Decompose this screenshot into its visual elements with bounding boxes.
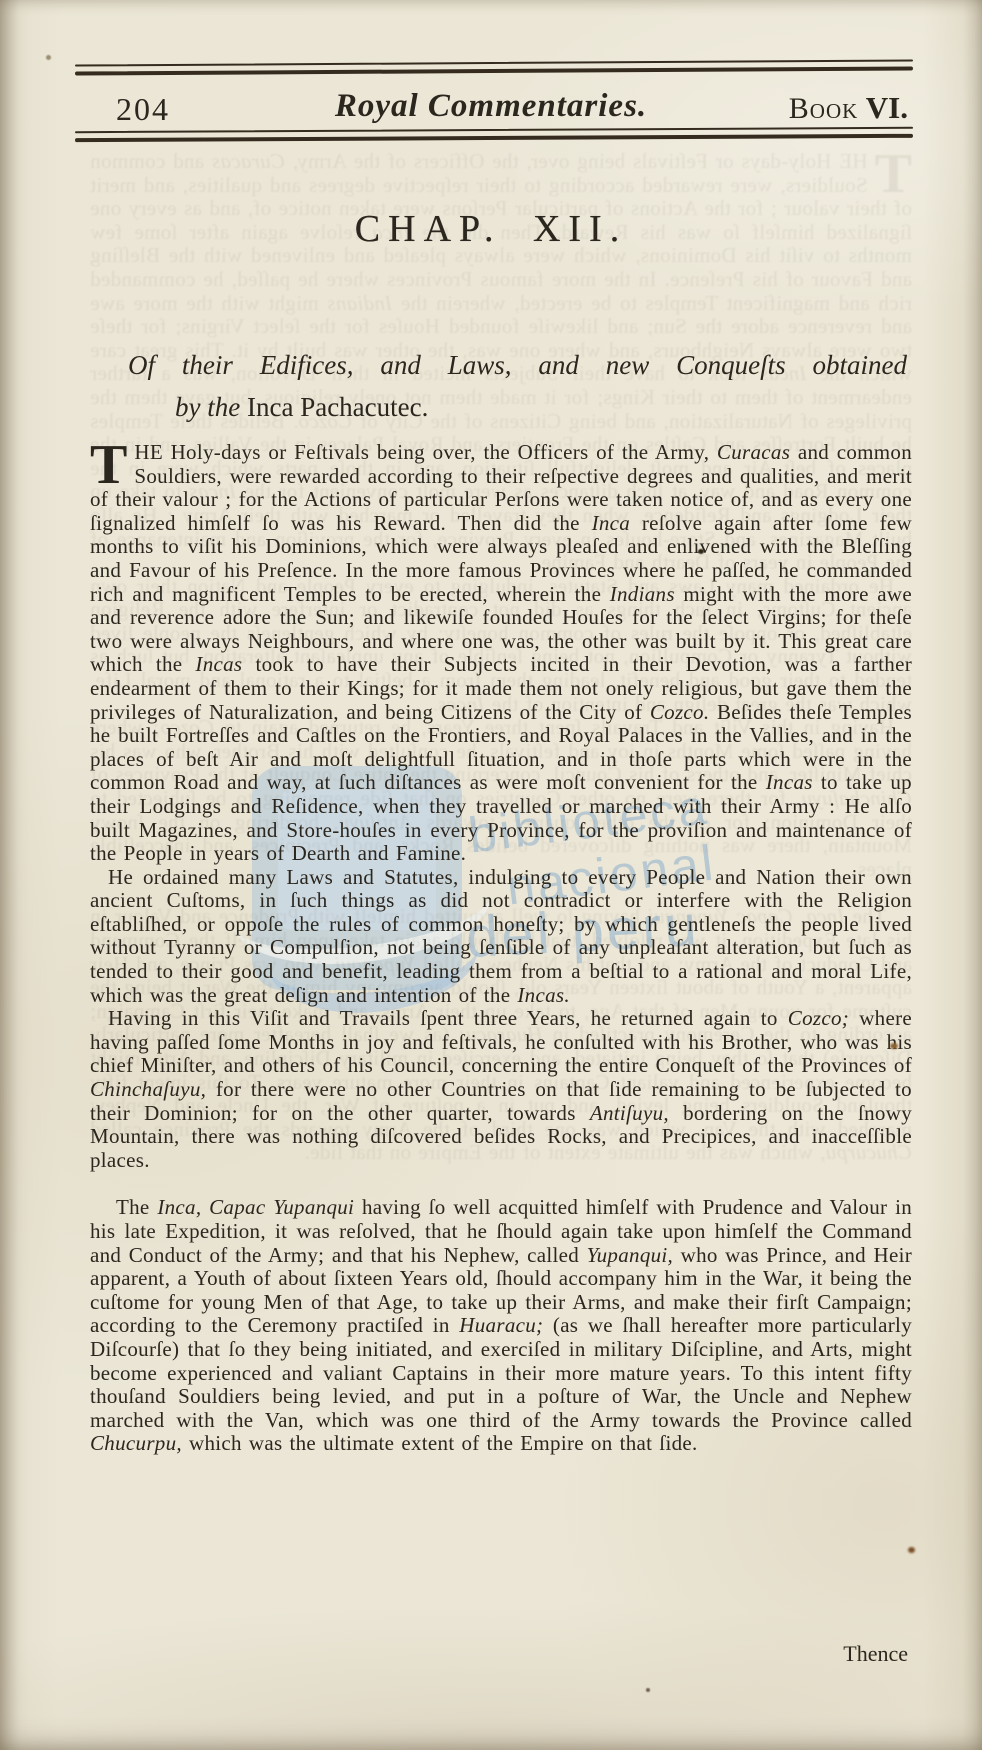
- page-scan: biblioteca nacional del peru THE Holy-da…: [0, 0, 982, 1750]
- ink-speck: [890, 1043, 898, 1049]
- paragraph: Having in this Viſit and Travails ſpent …: [90, 1007, 912, 1172]
- catchword: Thence: [843, 1641, 908, 1667]
- paragraph-text: The Inca, Capac Yupanqui having ſo well …: [90, 1195, 912, 1455]
- subtitle-line-1: Of their Edifices, and Laws, and new Con…: [128, 344, 907, 386]
- paragraph-text: He ordained many Laws and Statutes, indu…: [90, 865, 912, 1007]
- book-reference: Book VI.: [789, 90, 908, 126]
- ink-speck: [646, 1688, 650, 1692]
- ink-speck: [908, 1547, 915, 1553]
- ink-speck: [698, 549, 704, 554]
- book-numeral: VI.: [866, 90, 908, 125]
- book-label: Book: [789, 92, 859, 125]
- chapter-heading: CHAP. XII.: [0, 207, 982, 251]
- paragraph-text: HE Holy-days or Feſtivals being over, th…: [90, 440, 912, 865]
- header-rule-bottom-thick: [75, 134, 913, 142]
- ink-speck: [46, 55, 51, 60]
- body-text: THE Holy-days or Feſtivals being over, t…: [90, 441, 912, 1456]
- header-rule-top-thick: [75, 66, 913, 75]
- subtitle-line-2: by the Inca Pachacutec.: [128, 386, 907, 428]
- paragraph: The Inca, Capac Yupanqui having ſo well …: [90, 1196, 912, 1456]
- paragraph-text: Having in this Viſit and Travails ſpent …: [90, 1006, 912, 1172]
- paragraph: THE Holy-days or Feſtivals being over, t…: [90, 441, 912, 866]
- paragraph: He ordained many Laws and Statutes, indu…: [90, 866, 912, 1008]
- chapter-subtitle: Of their Edifices, and Laws, and new Con…: [128, 344, 907, 428]
- header-rule-top-thin: [75, 59, 913, 66]
- header-rule-bottom-thin: [75, 127, 913, 133]
- drop-cap: T: [90, 441, 134, 487]
